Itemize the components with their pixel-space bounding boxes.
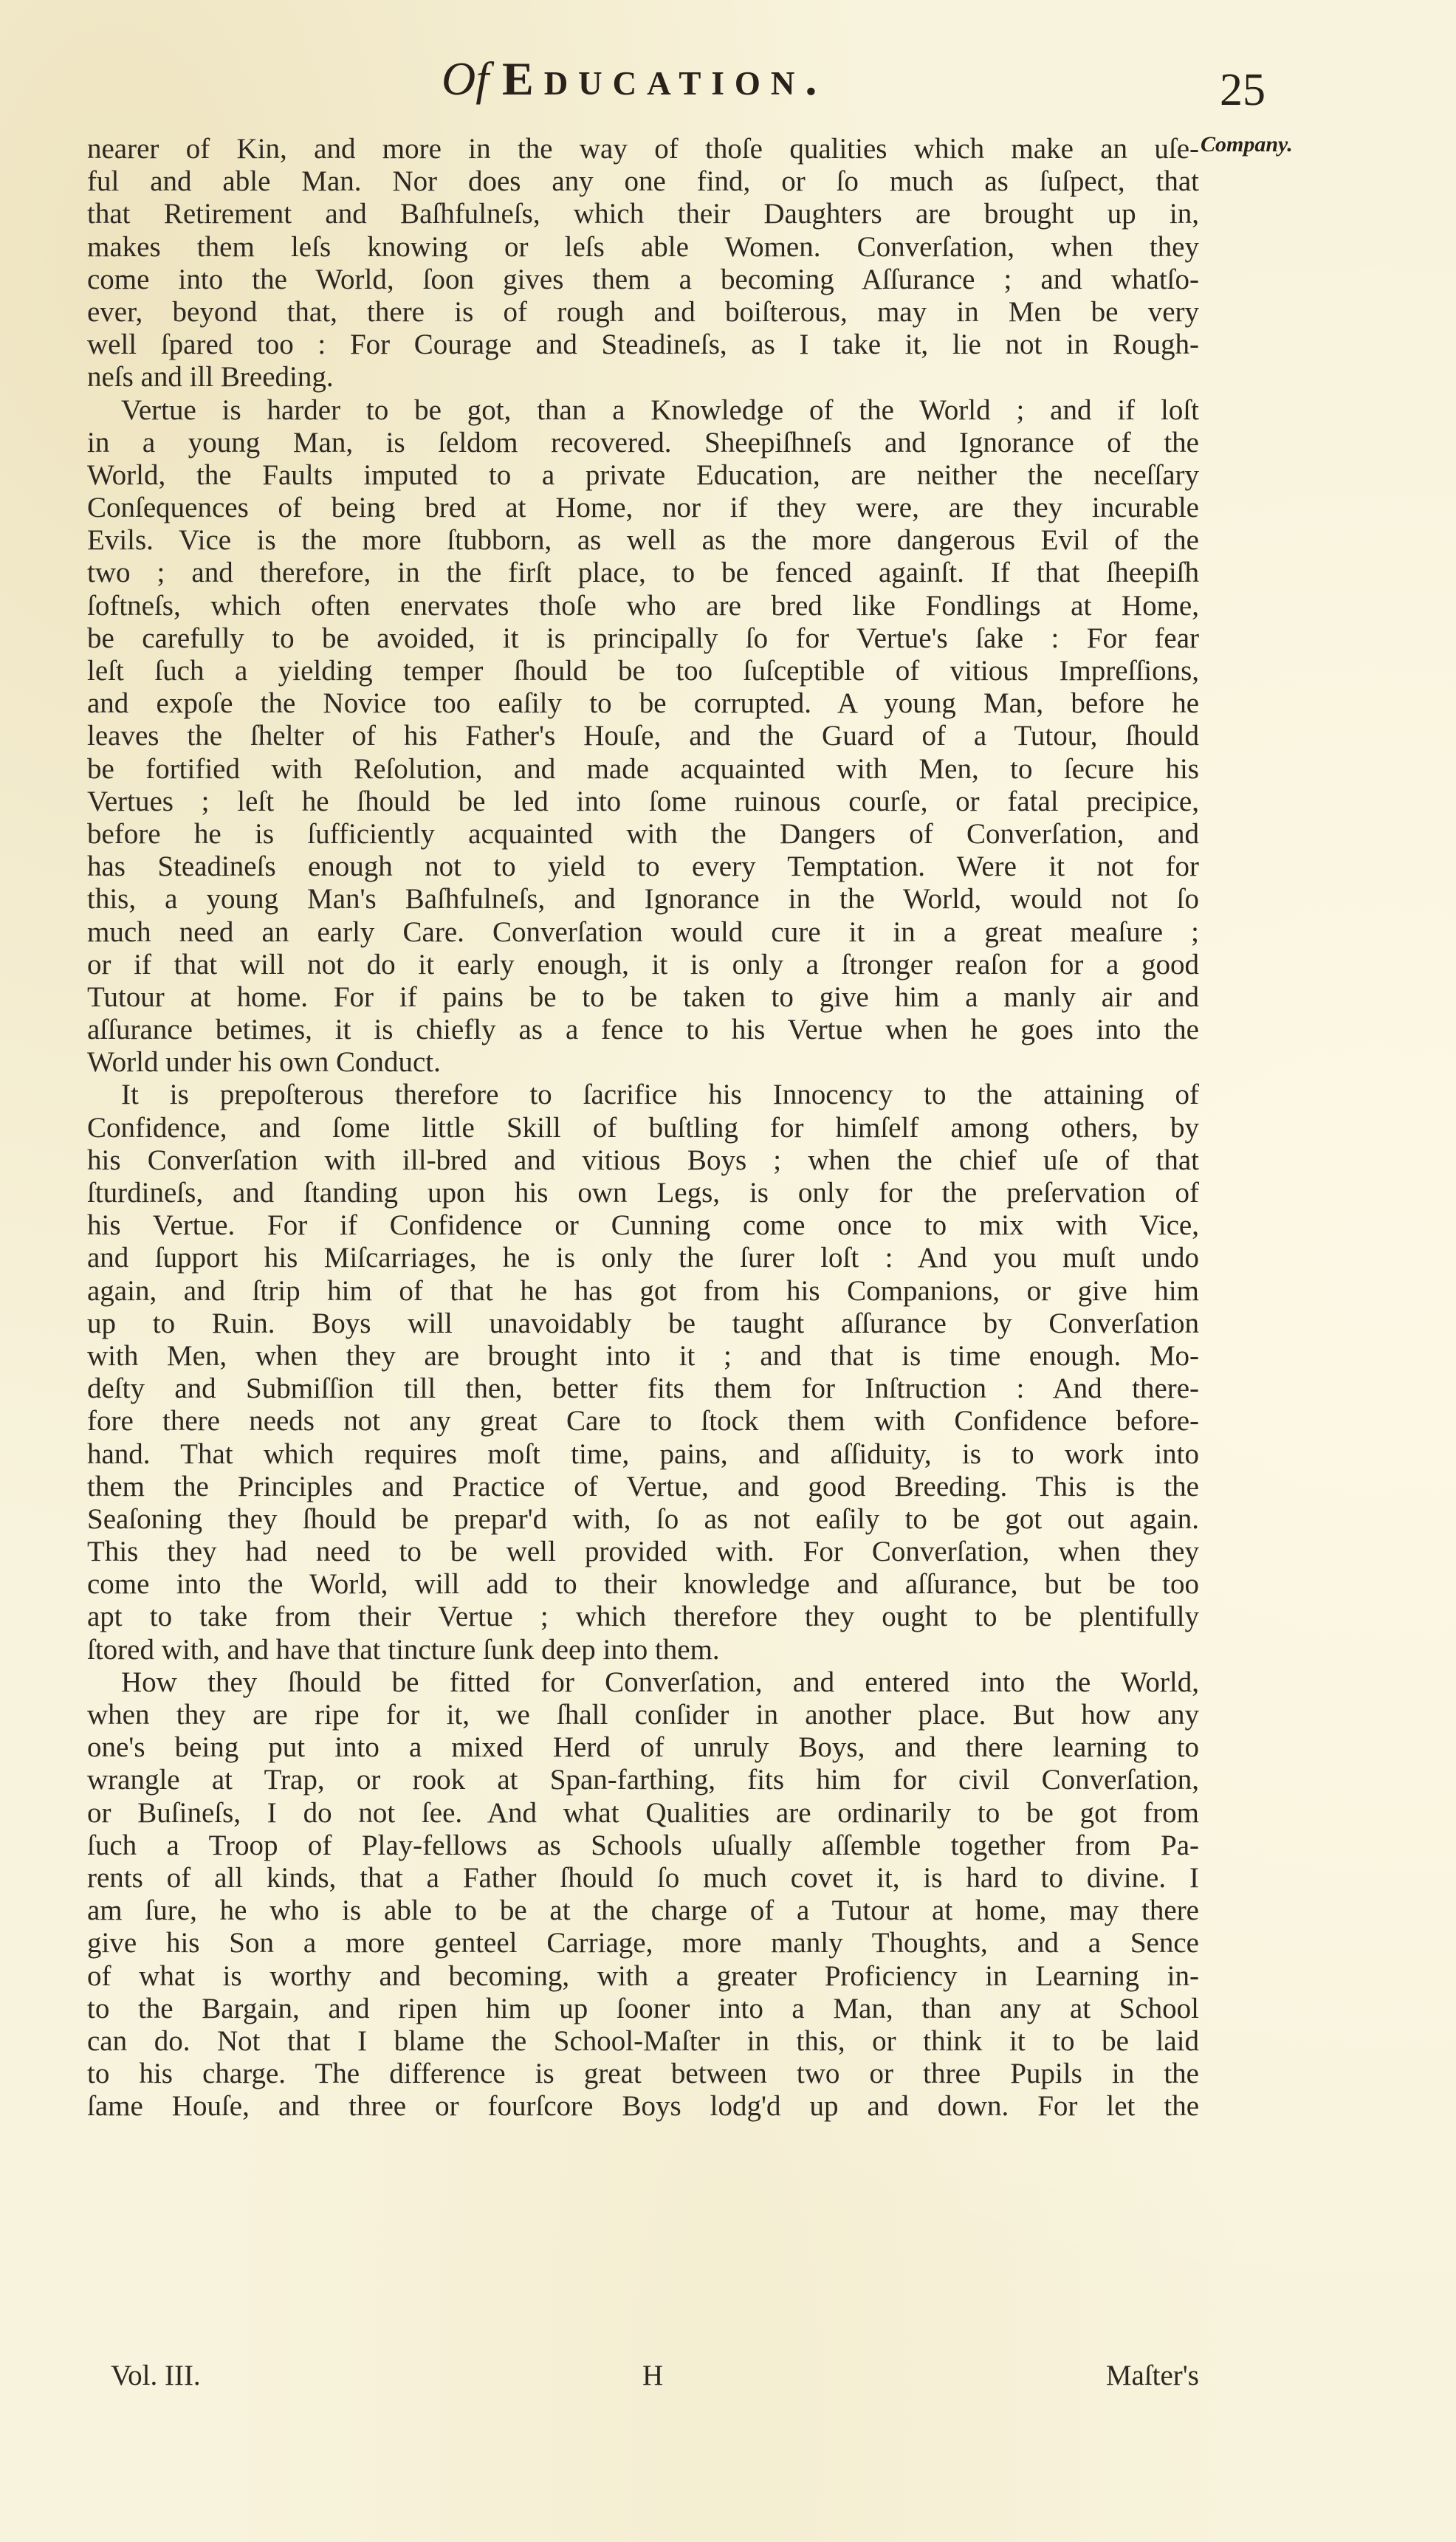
text-line: of what is worthy and becoming, with a g…	[87, 1960, 1199, 1993]
text-line: neſs and ill Breeding.	[87, 361, 1199, 394]
text-line: Seaſoning they ſhould be prepar'd with, …	[87, 1503, 1199, 1536]
text-line: ſoftneſs, which often enervates thoſe wh…	[87, 590, 1199, 622]
book-page: OfEducation. 25 Company. nearer of Kin, …	[0, 0, 1456, 2542]
text-line: leaves the ſhelter of his Father's Houſe…	[87, 720, 1199, 752]
text-line: ſturdineſs, and ſtanding upon his own Le…	[87, 1177, 1199, 1209]
text-line: How they ſhould be fitted for Converſati…	[87, 1666, 1199, 1699]
text-line: be fortified with Reſolution, and made a…	[87, 753, 1199, 786]
page-number: 25	[1220, 61, 1266, 120]
text-line: two ; and therefore, in the firſt place,…	[87, 557, 1199, 589]
body-text: nearer of Kin, and more in the way of th…	[87, 133, 1199, 2123]
page-footer: Vol. III. H Maſter's	[87, 2360, 1199, 2392]
text-line: can do. Not that I blame the School-Maſt…	[87, 2025, 1199, 2058]
running-head-prefix: Of	[442, 52, 489, 105]
text-line: makes them leſs knowing or leſs able Wom…	[87, 231, 1199, 264]
text-line: be carefully to be avoided, it is princi…	[87, 622, 1199, 655]
text-line: Vertue is harder to be got, than a Knowl…	[87, 394, 1199, 427]
text-line: this, a young Man's Baſhfulneſs, and Ign…	[87, 883, 1199, 916]
text-line: in a young Man, is ſeldom recovered. She…	[87, 427, 1199, 459]
text-line: aſſurance betimes, it is chiefly as a fe…	[87, 1014, 1199, 1046]
text-line: It is prepoſterous therefore to ſacrific…	[87, 1079, 1199, 1111]
text-line: Evils. Vice is the more ſtubborn, as wel…	[87, 524, 1199, 557]
text-line: Conſequences of being bred at Home, nor …	[87, 492, 1199, 524]
text-line: rents of all kinds, that a Father ſhould…	[87, 1862, 1199, 1895]
text-line: to the Bargain, and ripen him up ſooner …	[87, 1993, 1199, 2025]
text-line: his Converſation with ill-bred and vitio…	[87, 1144, 1199, 1177]
text-line: or Buſineſs, I do not ſee. And what Qual…	[87, 1797, 1199, 1830]
text-line: ſame Houſe, and three or fourſcore Boys …	[87, 2090, 1199, 2123]
running-head: OfEducation.	[442, 46, 827, 112]
text-line: and expoſe the Novice too eaſily to be c…	[87, 687, 1199, 720]
text-line: give his Son a more genteel Carriage, mo…	[87, 1927, 1199, 1959]
text-line: World, the Faults imputed to a private E…	[87, 459, 1199, 492]
text-line: or if that will not do it early enough, …	[87, 949, 1199, 981]
text-line: has Steadineſs enough not to yield to ev…	[87, 851, 1199, 883]
text-line: come into the World, ſoon gives them a b…	[87, 264, 1199, 296]
text-line: Tutour at home. For if pains be to be ta…	[87, 981, 1199, 1014]
signature-mark: H	[642, 2360, 663, 2392]
text-line: and ſupport his Miſcarriages, he is only…	[87, 1242, 1199, 1274]
text-line: well ſpared too : For Courage and Steadi…	[87, 329, 1199, 361]
text-line: come into the World, will add to their k…	[87, 1568, 1199, 1601]
text-line: his Vertue. For if Confidence or Cunning…	[87, 1209, 1199, 1242]
marginal-note: Company.	[1201, 130, 1293, 159]
text-line: that Retirement and Baſhfulneſs, which t…	[87, 198, 1199, 230]
text-line: apt to take from their Vertue ; which th…	[87, 1601, 1199, 1633]
text-line: This they had need to be well provided w…	[87, 1536, 1199, 1568]
text-line: ever, beyond that, there is of rough and…	[87, 296, 1199, 329]
text-line: when they are ripe for it, we ſhall conſ…	[87, 1699, 1199, 1731]
running-head-title: Education.	[502, 52, 827, 105]
text-line: ſtored with, and have that tincture ſunk…	[87, 1634, 1199, 1666]
text-line: Confidence, and ſome little Skill of buſ…	[87, 1112, 1199, 1144]
text-line: much need an early Care. Converſation wo…	[87, 916, 1199, 949]
text-line: them the Principles and Practice of Vert…	[87, 1471, 1199, 1503]
text-line: one's being put into a mixed Herd of unr…	[87, 1731, 1199, 1764]
text-line: leſt ſuch a yielding temper ſhould be to…	[87, 655, 1199, 687]
text-line: to his charge. The difference is great b…	[87, 2058, 1199, 2090]
text-line: deſty and Submiſſion till then, better f…	[87, 1373, 1199, 1405]
text-line: Vertues ; leſt he ſhould be led into ſom…	[87, 786, 1199, 818]
text-line: fore there needs not any great Care to ſ…	[87, 1405, 1199, 1437]
text-line: am ſure, he who is able to be at the cha…	[87, 1895, 1199, 1927]
text-line: hand. That which requires moſt time, pai…	[87, 1438, 1199, 1471]
text-line: ful and able Man. Nor does any one find,…	[87, 165, 1199, 198]
volume-label: Vol. III.	[111, 2360, 201, 2392]
text-line: wrangle at Trap, or rook at Span-farthin…	[87, 1764, 1199, 1796]
text-line: before he is ſufficiently acquainted wit…	[87, 818, 1199, 851]
text-line: World under his own Conduct.	[87, 1046, 1199, 1079]
text-line: again, and ſtrip him of that he has got …	[87, 1275, 1199, 1308]
text-line: up to Ruin. Boys will unavoidably be tau…	[87, 1308, 1199, 1340]
text-line: nearer of Kin, and more in the way of th…	[87, 133, 1199, 165]
text-line: ſuch a Troop of Play-fellows as Schools …	[87, 1830, 1199, 1862]
text-line: with Men, when they are brought into it …	[87, 1340, 1199, 1373]
catchword: Maſter's	[1106, 2360, 1199, 2392]
